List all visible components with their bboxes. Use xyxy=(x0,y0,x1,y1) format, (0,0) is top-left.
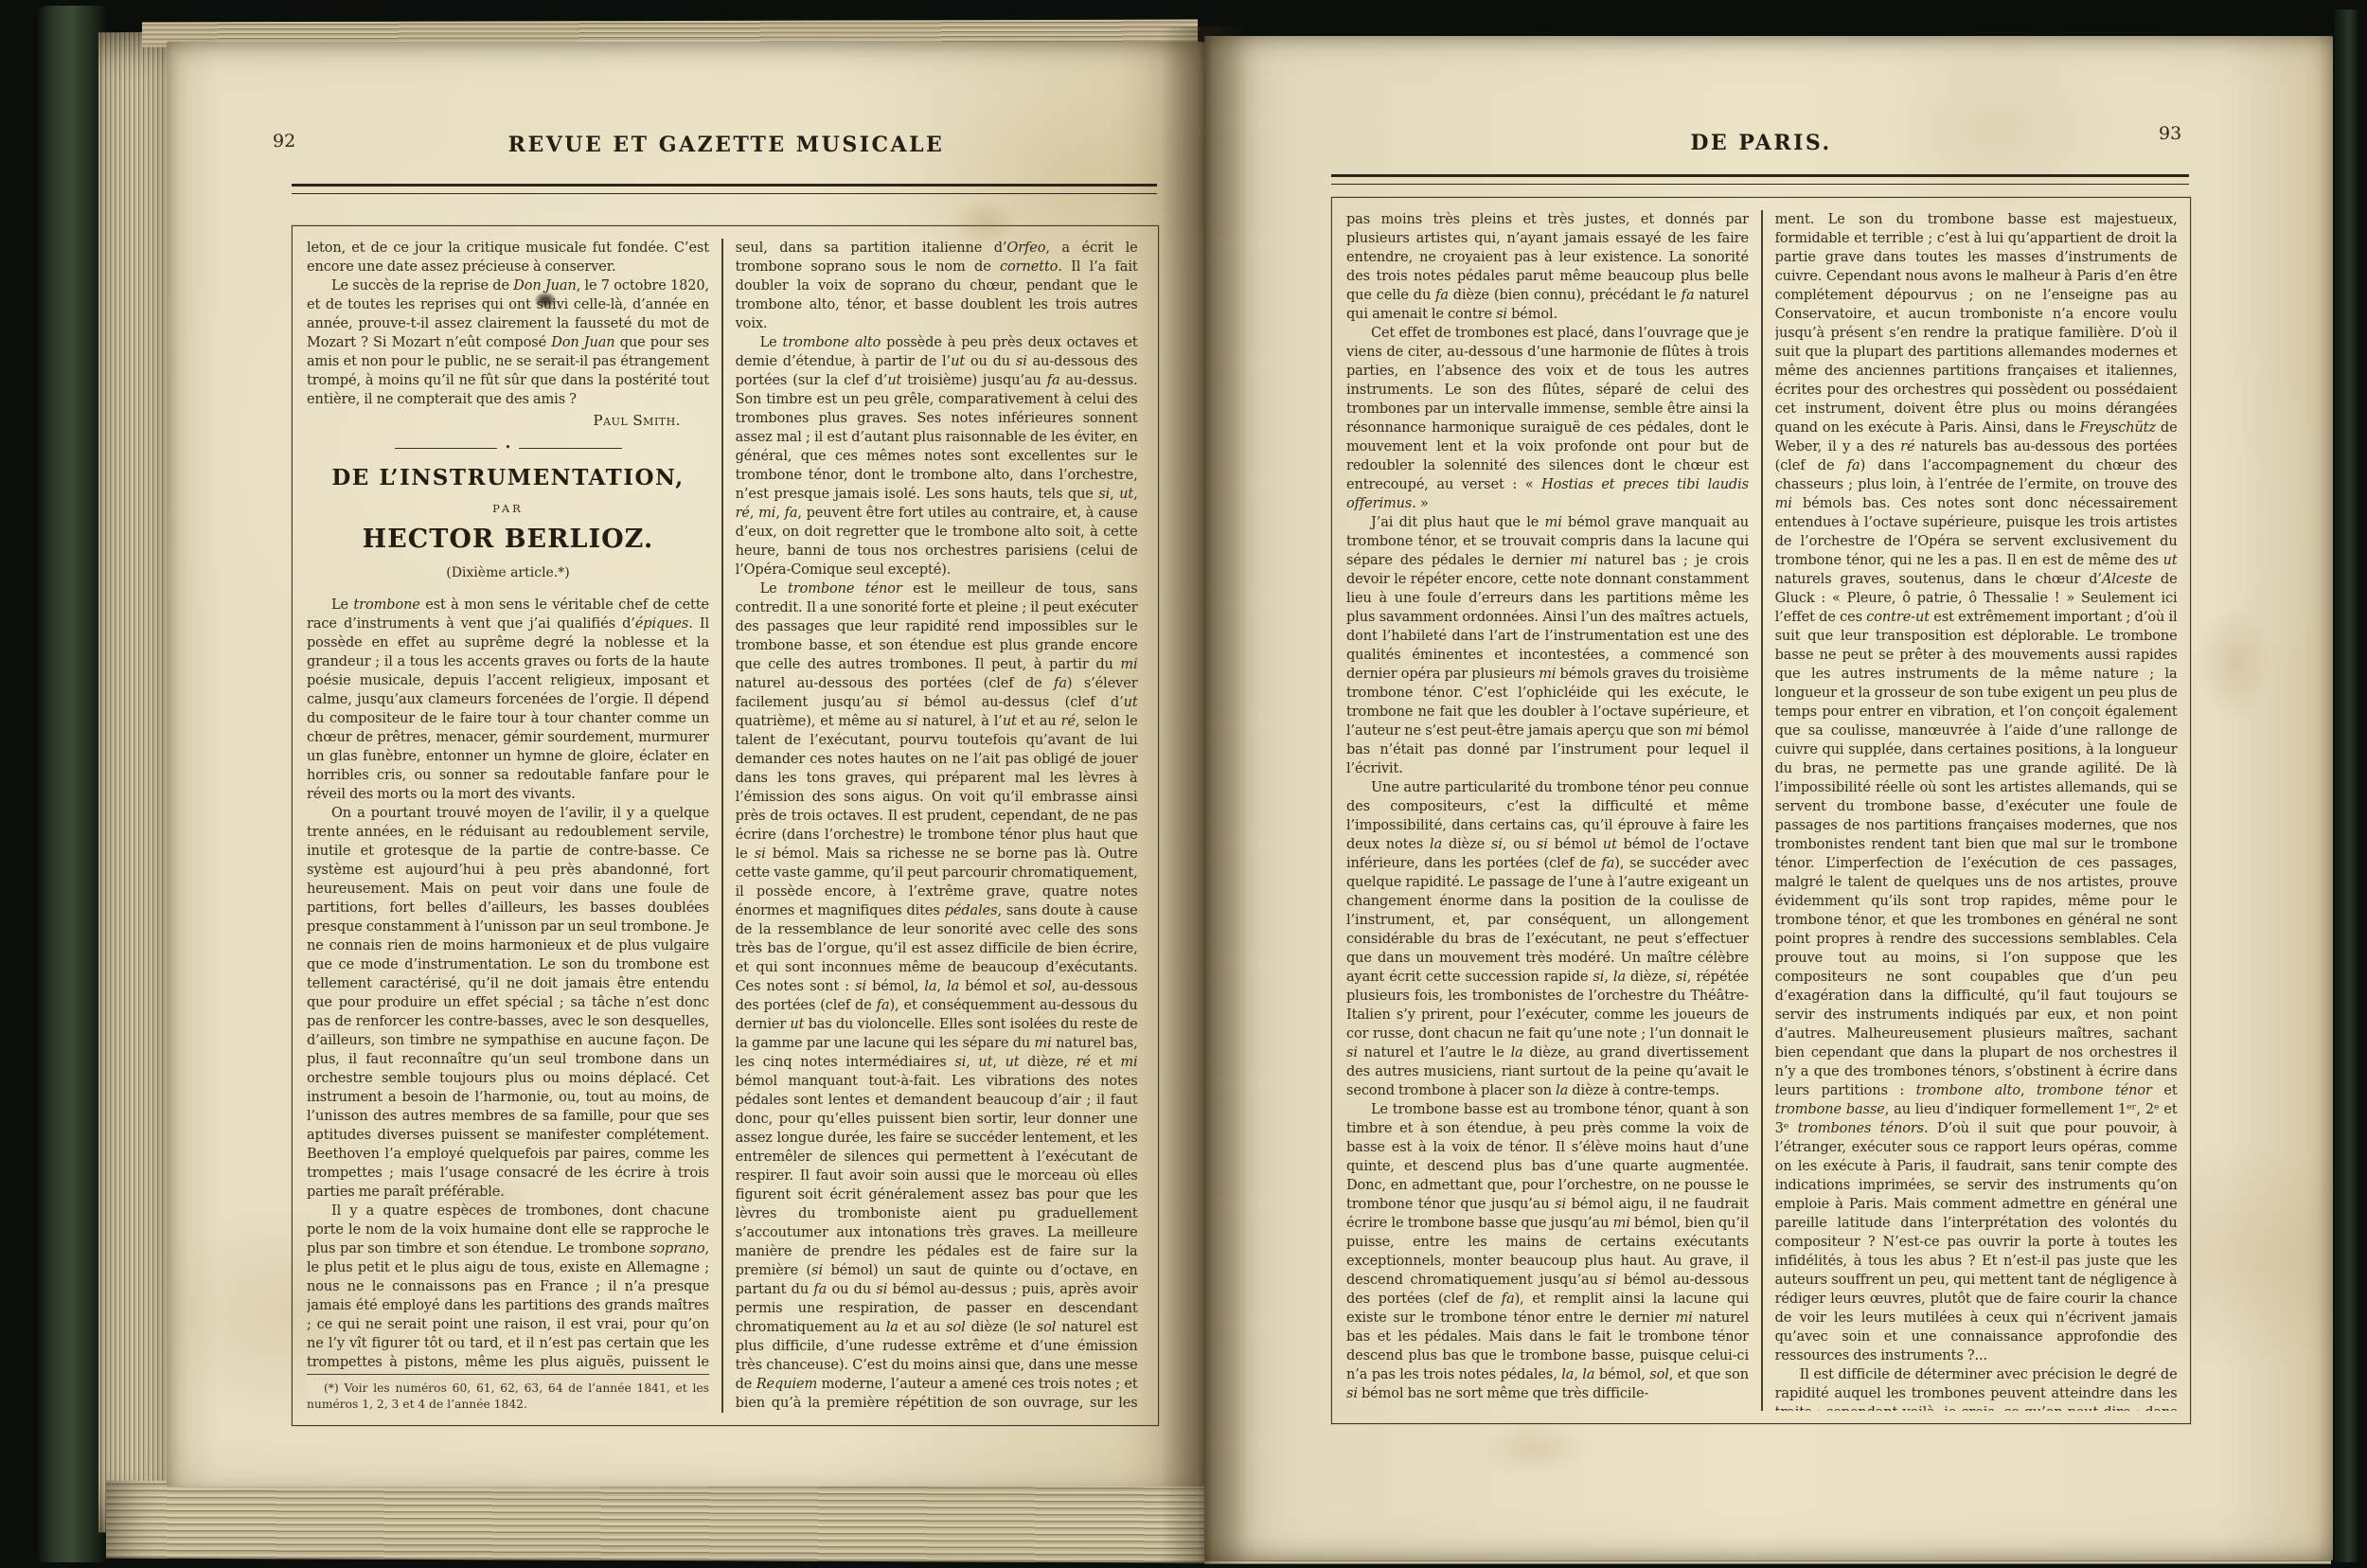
left-page-column-1: leton, et de ce jour la critique musical… xyxy=(307,239,709,1413)
page-edges-bottom xyxy=(106,1480,1204,1562)
paragraph-continuation: leton, et de ce jour la critique musical… xyxy=(307,239,709,276)
paragraph-continuation: seul, dans sa partition italienne d’Orfe… xyxy=(736,239,1138,333)
paragraph: Le trombone ténor est le meilleur de tou… xyxy=(736,579,1138,1413)
article-byline-prefix: PAR xyxy=(307,502,709,515)
column-divider-rule xyxy=(721,239,723,1413)
ornament-glyph: • xyxy=(497,444,519,452)
scanned-book-spread: 92 REVUE ET GAZETTE MUSICALE leton, et d… xyxy=(0,0,2367,1568)
page-number-left: 92 xyxy=(273,131,295,151)
paragraph: Cet effet de trombones est placé, dans l… xyxy=(1346,324,1749,513)
text-frame-right: pas moins très pleins et très justes, et… xyxy=(1331,197,2191,1424)
footnote: (*) Voir les numéros 60, 61, 62, 63, 64 … xyxy=(307,1374,709,1413)
article-author: HECTOR BERLIOZ. xyxy=(307,525,709,554)
paragraph-continuation: pas moins très pleins et très justes, et… xyxy=(1346,210,1749,324)
right-page-column-1: pas moins très pleins et très justes, et… xyxy=(1346,210,1749,1411)
left-page-column-2: seul, dans sa partition italienne d’Orfe… xyxy=(736,239,1138,1413)
section-divider-ornament: • xyxy=(395,444,622,452)
paragraph: Le trombone basse est au trombone ténor,… xyxy=(1346,1100,1749,1403)
page-number-right: 93 xyxy=(2159,123,2181,144)
paragraph: Le trombone est à mon sens le véritable … xyxy=(307,596,709,804)
header-rule-right xyxy=(1331,174,2189,185)
paragraph: Une autre particularité du trombone téno… xyxy=(1346,778,1749,1100)
page-fore-edges-left xyxy=(98,32,169,1533)
right-page-column-2: ment. Le son du trombone basse est majes… xyxy=(1775,210,2178,1411)
article-installment: (Dixième article.*) xyxy=(307,565,709,580)
paragraph: Le trombone alto possède à peu près deux… xyxy=(736,333,1138,579)
page-left-92: 92 REVUE ET GAZETTE MUSICALE leton, et d… xyxy=(167,42,1204,1487)
running-head-left: REVUE ET GAZETTE MUSICALE xyxy=(294,133,1159,157)
book-cover-right-board xyxy=(2335,9,2359,1562)
text-frame-left: leton, et de ce jour la critique musical… xyxy=(292,225,1159,1426)
header-rule-left xyxy=(292,184,1157,194)
paragraph: Le succès de la reprise de Don Juan, le … xyxy=(307,276,709,409)
column-divider-rule xyxy=(1761,210,1763,1411)
author-signature-previous-article: Paul Smith. xyxy=(307,412,681,429)
paragraph-continuation: ment. Le son du trombone basse est majes… xyxy=(1775,210,2178,1365)
paragraph: Il y a quatre espèces de trombones, dont… xyxy=(307,1202,709,1391)
page-right-93: DE PARIS. 93 pas moins très pleins et tr… xyxy=(1204,36,2333,1560)
book-cover-left-board xyxy=(34,6,106,1562)
paragraph: On a pourtant trouvé moyen de l’avilir, … xyxy=(307,804,709,1202)
article-title: DE L’INSTRUMENTATION, xyxy=(307,465,709,490)
paragraph: Il est difficile de déterminer avec préc… xyxy=(1775,1365,2178,1411)
paragraph: J’ai dit plus haut que le mi bémol grave… xyxy=(1346,513,1749,778)
running-head-right: DE PARIS. xyxy=(1333,131,2189,155)
